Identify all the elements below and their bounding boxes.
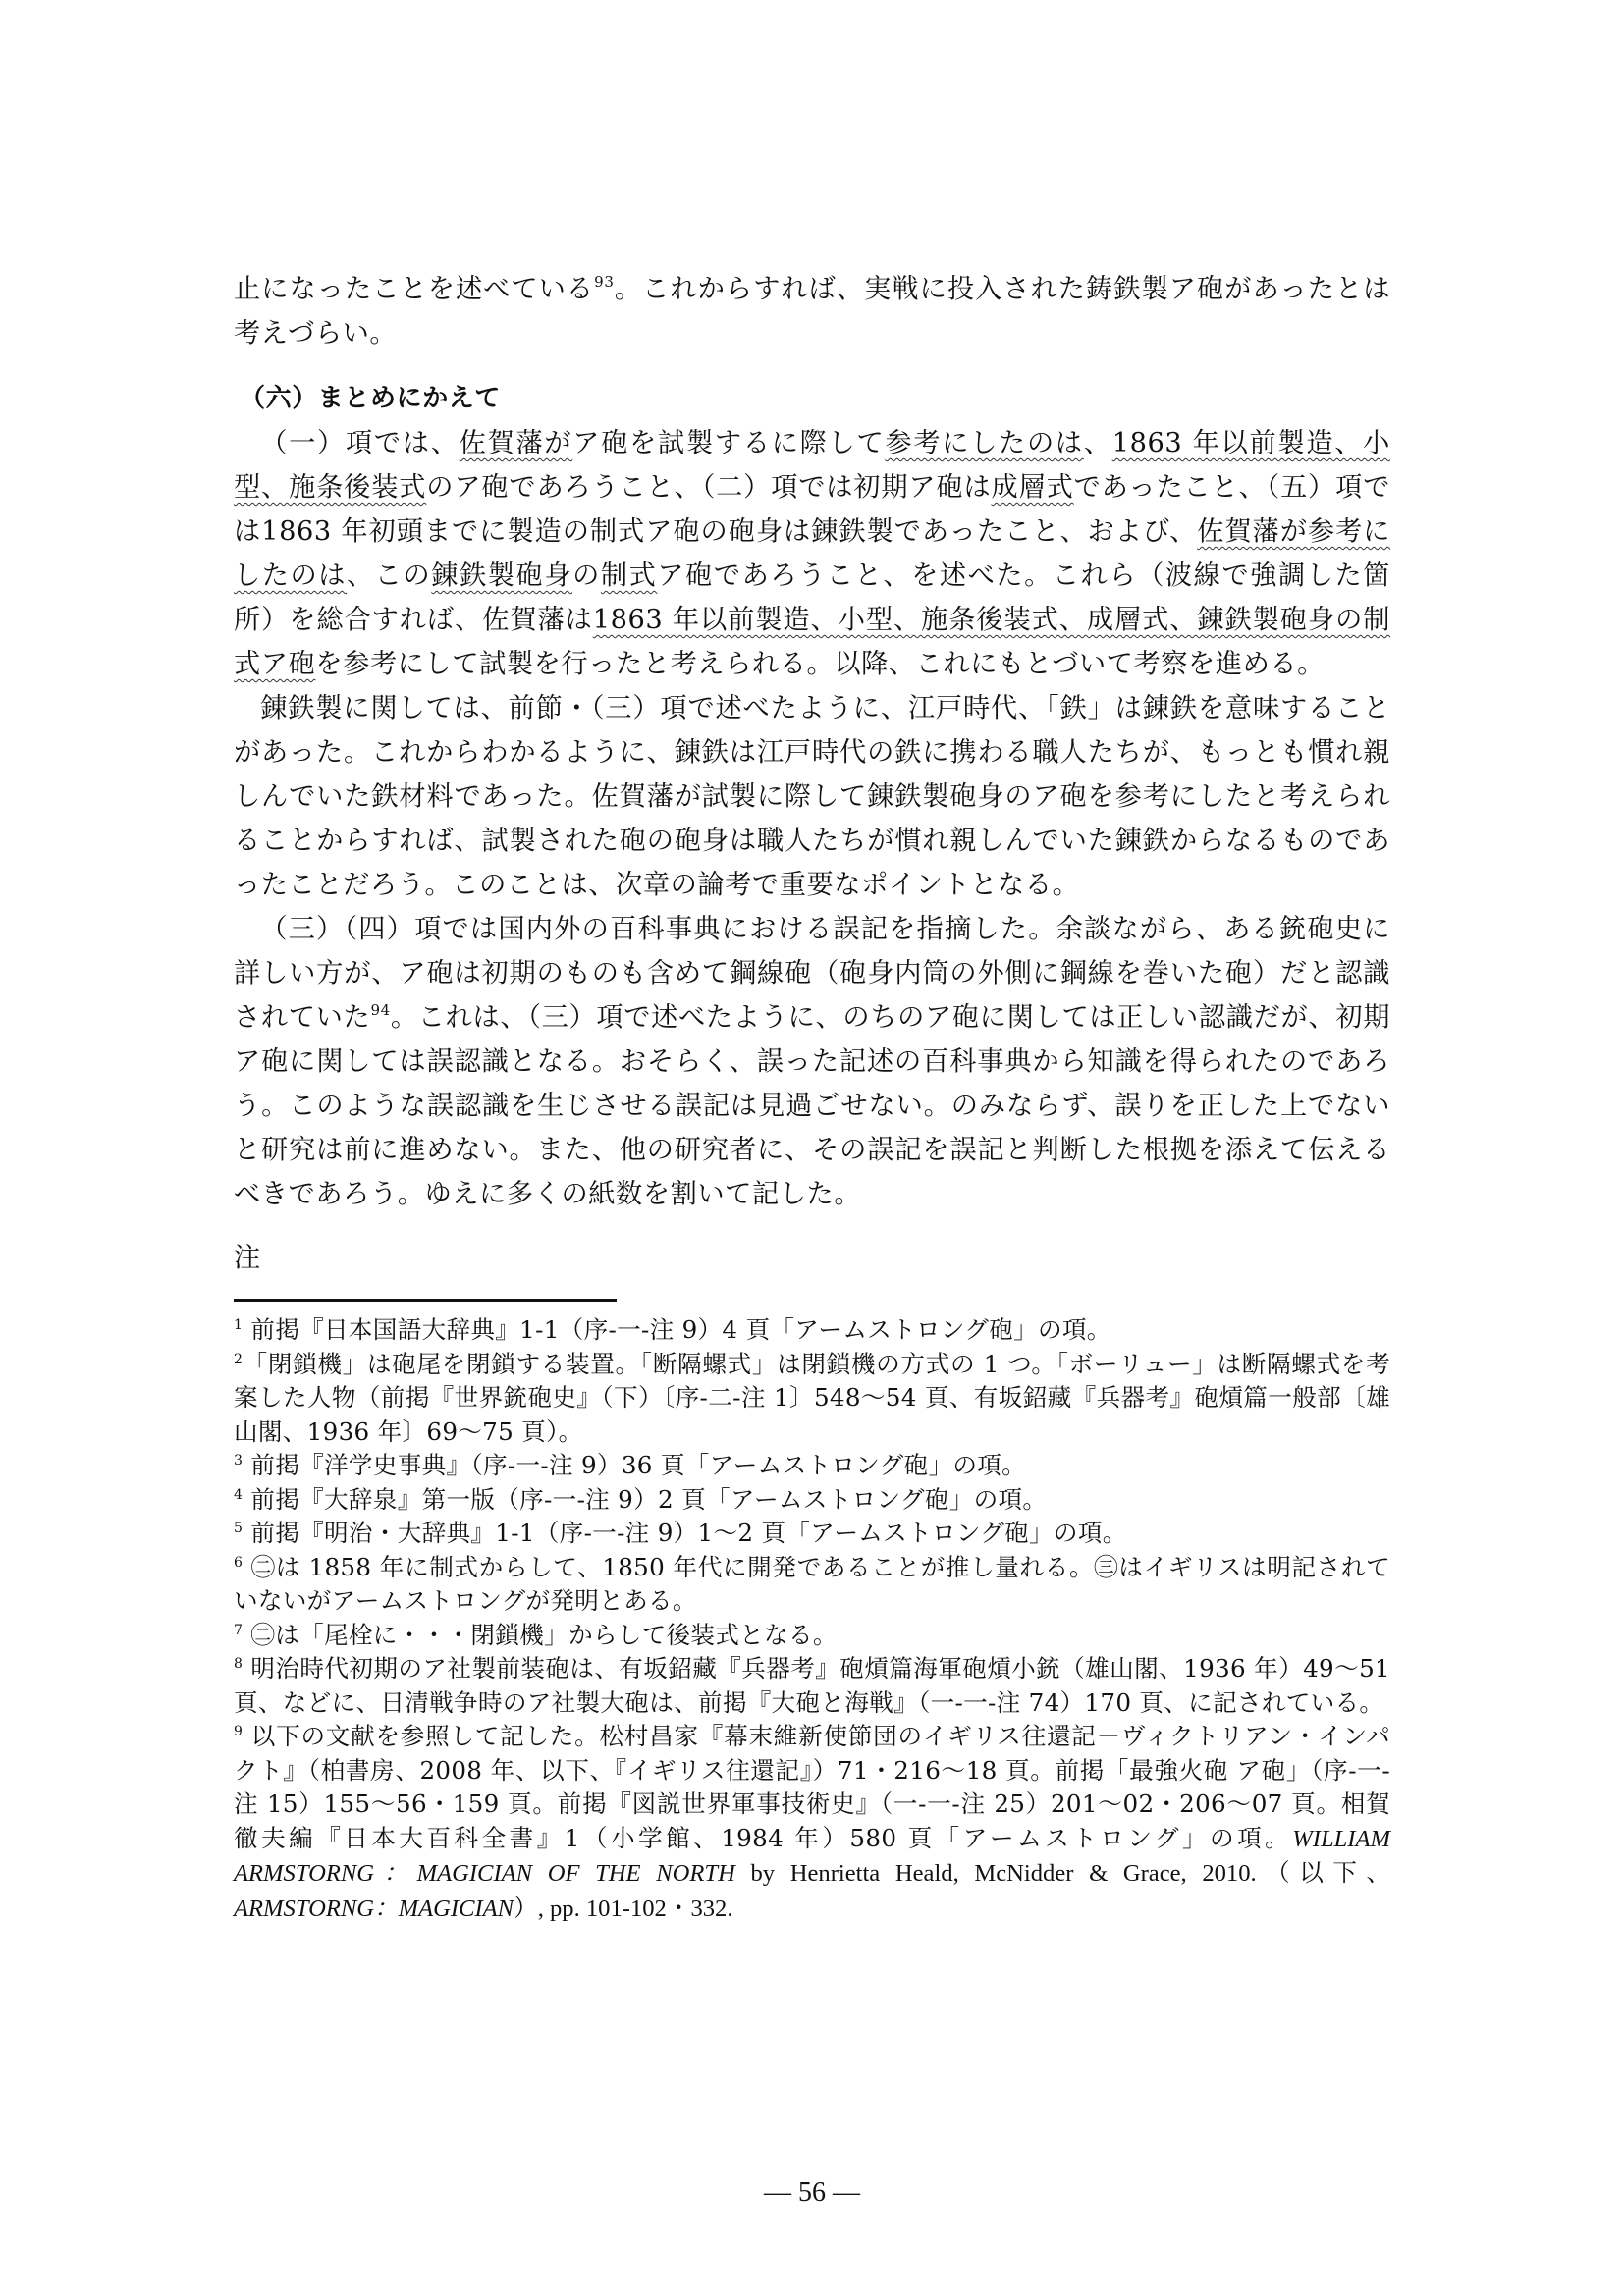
page-number: ― 56 ―: [0, 2177, 1624, 2209]
paragraph-summary: （一）項では、佐賀藩がア砲を試製するに際して参考にしたのは、1863 年以前製造…: [234, 421, 1390, 686]
wavy-emphasis: 参考にしたのは: [885, 428, 1083, 458]
paragraph-0: 止になったことを述べている93。これからすれば、実戦に投入された鋳鉄製ア砲があっ…: [234, 267, 1390, 355]
footnote-ref-93[interactable]: 93: [594, 273, 614, 291]
wavy-emphasis: 錬鉄製砲身: [431, 561, 572, 591]
footnote-1: 1 前掲『日本国語大辞典』1-1（序-一-注 9）4 頁「アームストロング砲」の…: [234, 1313, 1390, 1348]
footnote-divider: [234, 1299, 617, 1302]
wavy-emphasis: 佐賀藩が: [460, 428, 573, 458]
notes-label: 注: [234, 1236, 1390, 1280]
footnote-ref-94[interactable]: 94: [370, 1001, 390, 1019]
footnote-5: 5 前掲『明治・大辞典』1-1（序-一-注 9）1～2 頁「アームストロング砲」…: [234, 1517, 1390, 1551]
wavy-emphasis: 成層式: [992, 472, 1074, 503]
wavy-emphasis: 制式: [601, 561, 658, 591]
footnote-7: 7 ㊁は「尾栓に・・・閉鎖機」からして後装式となる。: [234, 1619, 1390, 1653]
body-text: 止になったことを述べている93。これからすれば、実戦に投入された鋳鉄製ア砲があっ…: [234, 267, 1390, 1280]
footnote-6: 6 ㊁は 1858 年に制式からして、1850 年代に開発であることが推し量れる…: [234, 1551, 1390, 1619]
footnote-4: 4 前掲『大辞泉』第一版（序-一-注 9）2 頁「アームストロング砲」の項。: [234, 1483, 1390, 1518]
footnote-9: 9 以下の文献を参照して記した。松村昌家『幕末維新使節団のイギリス往還記－ヴィク…: [234, 1720, 1390, 1926]
paragraph-errata: （三）（四）項では国内外の百科事典における誤記を指摘した。余談ながら、ある銃砲史…: [234, 907, 1390, 1216]
paragraph-wrought-iron: 錬鉄製に関しては、前節・（三）項で述べたように、江戸時代、「鉄」は錬鉄を意味する…: [234, 686, 1390, 907]
footnotes: 1 前掲『日本国語大辞典』1-1（序-一-注 9）4 頁「アームストロング砲」の…: [234, 1313, 1390, 1926]
footnote-3: 3 前掲『洋学史事典』（序-一-注 9）36 頁「アームストロング砲」の項。: [234, 1449, 1390, 1483]
footnote-2: 2「閉鎖機」は砲尾を閉鎖する装置。「断隔螺式」は閉鎖機の方式の 1 つ。「ボーリ…: [234, 1348, 1390, 1450]
section-heading: （六）まとめにかえて: [240, 377, 1390, 421]
footnote-8: 8 明治時代初期のア社製前装砲は、有坂鉊藏『兵器考』砲熕篇海軍砲熕小銃（雄山閣、…: [234, 1652, 1390, 1720]
